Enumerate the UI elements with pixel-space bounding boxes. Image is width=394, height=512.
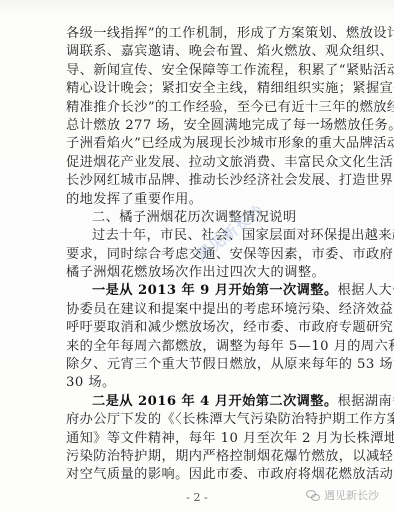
text-line: 要求，同时综合考虑交通、安保等因素，市委、市政府适时对 <box>66 246 358 264</box>
text-line: 除夕、元宵三个重大节假日燃放，从原来每年的 53 场调减为 <box>66 356 358 374</box>
text-line: 橘子洲烟花燃放场次作出过四次大的调整。 <box>66 264 358 282</box>
adjustment-1-lead-text: 根据人大代表和政 <box>338 283 394 298</box>
text-line: 对空气质量的影响。因此市委、市政府将烟花燃放活动调整到 <box>66 466 358 484</box>
adjustment-2-lead: 二是从 2016 年 4 月开始第二次调整。根据湖南省人民政 <box>66 393 358 411</box>
text-line: 30 场。 <box>66 374 358 392</box>
text-line: 促进烟花产业发展、拉动文旅消费、丰富民众文化生活、提升 <box>66 154 358 172</box>
adjustment-2-lead-text: 根据湖南省人民政 <box>338 394 394 409</box>
adjustment-2-title: 二是从 2016 年 4 月开始第二次调整。 <box>92 394 338 409</box>
text-line: 协委员在建议和提案中提出的考虑环境污染、经济效益等因素， <box>66 301 358 319</box>
text-line: 来的全年每周六都燃放，调整为每年 5—10 月的周六和元旦、 <box>66 338 358 356</box>
document-body: 各级一线指挥”的工作机制，形成了方案策划、燃放设计、协 调联系、嘉宾邀请、晚会布… <box>66 25 358 485</box>
text-line: 通知》等文件精神，每年 10 月至次年 2 月为长株潭地区大气 <box>66 430 358 448</box>
text-line: 精心设计晚会；紧扣安全主线，精细组织实施；紧握宣传主导， <box>66 80 358 98</box>
text-line: 过去十年，市民、社会、国家层面对环保提出越来越高的 <box>66 227 358 245</box>
text-line: 调联系、嘉宾邀请、晚会布置、焰火燃放、观众组织、交通疏 <box>66 43 358 61</box>
corner-watermark: 遇见新长沙 <box>306 487 379 503</box>
text-line: 呼吁要取消和减少燃放场次，经市委、市政府专题研究，由原 <box>66 319 358 337</box>
text-line: 的地发挥了重要作用。 <box>66 191 358 209</box>
text-line: 导、新闻宣传、安全保障等工作流程，积累了“紧贴活动主题， <box>66 62 358 80</box>
corner-watermark-text: 遇见新长沙 <box>324 487 379 503</box>
adjustment-1-lead: 一是从 2013 年 9 月开始第一次调整。根据人大代表和政 <box>66 282 358 300</box>
section-heading: 二、橘子洲烟花历次调整情况说明 <box>66 209 358 227</box>
text-line: 子洲看焰火”已经成为展现长沙城市形象的重大品牌活动，对 <box>66 135 358 153</box>
text-line: 长沙网红城市品牌、推动长沙经济社会发展、打造世界旅游目 <box>66 172 358 190</box>
wechat-icon <box>306 490 320 501</box>
adjustment-1-title: 一是从 2013 年 9 月开始第一次调整。 <box>92 283 338 298</box>
document-page: 各级一线指挥”的工作机制，形成了方案策划、燃放设计、协 调联系、嘉宾邀请、晚会布… <box>0 0 394 512</box>
text-line: 总计燃放 277 场，安全圆满地完成了每一场燃放任务。“到橘 <box>66 117 358 135</box>
text-line: 府办公厅下发的《〈长株潭大气污染防治特护期工作方案〉的 <box>66 411 358 429</box>
text-line: 各级一线指挥”的工作机制，形成了方案策划、燃放设计、协 <box>66 25 358 43</box>
text-line: 精准推介长沙”的工作经验，至今已有近十三年的燃放经历， <box>66 99 358 117</box>
text-line: 污染防治特护期，期内严格控制烟花爆竹燃放，以减轻污染物 <box>66 448 358 466</box>
